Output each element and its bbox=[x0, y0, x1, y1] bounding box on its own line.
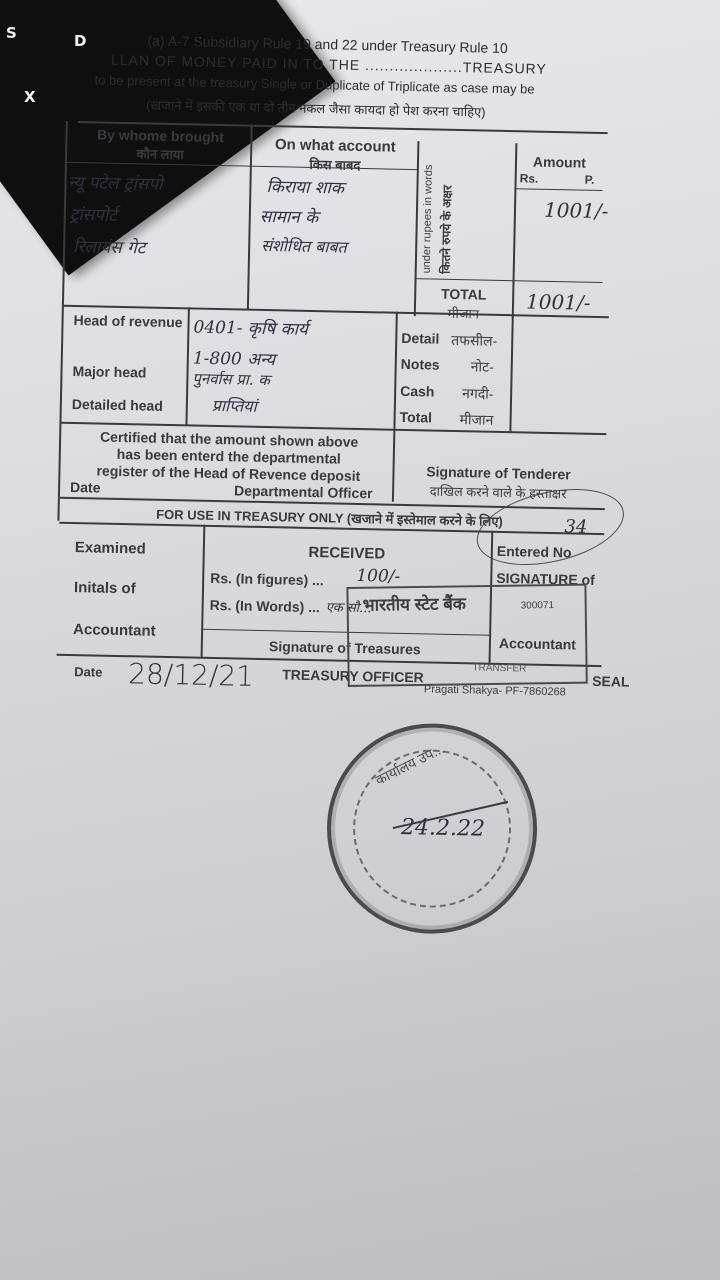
footer-date-value: 28/12/21 bbox=[128, 657, 254, 693]
entered-no-label: Entered No bbox=[497, 543, 572, 561]
examined-label: Examined bbox=[75, 539, 146, 557]
seal-label: SEAL bbox=[592, 673, 630, 690]
initials-of-label: Initals of bbox=[74, 579, 136, 597]
challan-form: (a) A-7 Subsidiary Rule 19 and 22 under … bbox=[0, 0, 720, 1280]
total-value: 1001/- bbox=[526, 289, 591, 314]
tenderer-signature-label: Signature of Tenderer bbox=[398, 463, 598, 483]
detail-label-hindi: तफसील- bbox=[451, 331, 497, 351]
transfer-stamp-name: Pragati Shakya- PF-7860268 bbox=[424, 683, 566, 698]
head-handwritten-line-2: 1-800 अन्य bbox=[193, 345, 276, 370]
notes-label: Notes bbox=[401, 356, 440, 373]
bank-stamp-name: भारतीय स्टेट बैंक bbox=[362, 591, 466, 615]
detailed-head-label: Detailed head bbox=[72, 396, 163, 414]
departmental-officer-label: Departmental Officer bbox=[234, 482, 373, 501]
footer-date-label: Date bbox=[74, 664, 102, 680]
rs-in-figures-label: Rs. (In figures) ... bbox=[210, 570, 324, 588]
table-left-border bbox=[57, 121, 67, 521]
col-header-in-words-hindi: कितने रुपये के अक्षर bbox=[437, 185, 456, 274]
col-header-on-account: On what account bbox=[255, 136, 415, 156]
total-label: TOTAL bbox=[416, 285, 511, 303]
by-whom-line-1: न्यू पटेल ट्रांसपो bbox=[68, 170, 162, 195]
rule-line: (a) A-7 Subsidiary Rule 19 and 22 under … bbox=[147, 32, 508, 56]
head-handwritten-line-4: प्राप्तियां bbox=[212, 394, 257, 417]
col-header-p: P. bbox=[585, 173, 595, 187]
accountant-label: Accountant bbox=[73, 621, 156, 640]
col-divider-3 bbox=[512, 143, 517, 318]
col-divider-1 bbox=[247, 125, 252, 310]
col-header-on-account-hindi: किस बाबद bbox=[255, 154, 415, 175]
on-account-line-2: सामान के bbox=[260, 204, 319, 228]
major-head-label: Major head bbox=[72, 363, 146, 381]
on-account-line-1: किराया शाक bbox=[266, 174, 344, 199]
head-handwritten-line-1: 0401- कृषि कार्य bbox=[193, 314, 308, 339]
treasury-officer-label: TREASURY OFFICER bbox=[282, 666, 424, 685]
on-account-line-3: संशोधित बाबत bbox=[261, 234, 347, 258]
rs-in-figures-value: 100/- bbox=[356, 566, 400, 587]
total-label-hindi: मीजान bbox=[416, 303, 511, 323]
total-detail-label-hindi: मीजान bbox=[459, 410, 493, 430]
notes-label-hindi: नोट- bbox=[471, 357, 495, 376]
round-office-stamp: कार्यालय उप... 24.2.22 bbox=[325, 721, 539, 935]
head-handwritten-line-3: पुनर्वास प्रा. क bbox=[192, 368, 270, 390]
head-of-revenue-label: Head of revenue bbox=[73, 310, 183, 332]
amount-header-border bbox=[514, 188, 602, 191]
heads-divider-2 bbox=[392, 312, 397, 502]
by-whom-line-3: रिलायंस गेट bbox=[73, 234, 146, 259]
received-label: RECEIVED bbox=[207, 542, 487, 565]
rs-in-words-label: Rs. (In Words) ... bbox=[210, 597, 321, 615]
round-stamp-handwritten-date: 24.2.22 bbox=[401, 815, 485, 842]
col-header-amount: Amount bbox=[533, 154, 586, 171]
col-header-rs: Rs. bbox=[520, 171, 539, 185]
heads-divider-3 bbox=[509, 314, 513, 432]
form-subtitle: to be present at the treasury Single or … bbox=[94, 72, 534, 96]
total-detail-label: Total bbox=[399, 409, 432, 426]
detail-label: Detail bbox=[401, 330, 439, 347]
by-whom-line-2: ट्रांसपोर्ट bbox=[70, 202, 118, 226]
total-row-border bbox=[415, 278, 603, 283]
cash-label-hindi: नगदी- bbox=[462, 384, 494, 404]
transfer-stamp-label: TRANSFER bbox=[472, 662, 526, 674]
col-header-in-words: under rupees in words bbox=[421, 164, 435, 273]
col-header-by-whom-hindi: कौन लाया bbox=[75, 143, 245, 165]
form-subtitle-hindi: (खजाने में इसकी एक या दो तीन नकल जैसा का… bbox=[146, 95, 486, 120]
cash-label: Cash bbox=[400, 383, 435, 400]
certified-date-label: Date bbox=[70, 479, 101, 496]
heads-divider-1 bbox=[185, 307, 189, 425]
bank-stamp-code: 300071 bbox=[521, 600, 555, 611]
amount-value: 1001/- bbox=[544, 198, 609, 223]
